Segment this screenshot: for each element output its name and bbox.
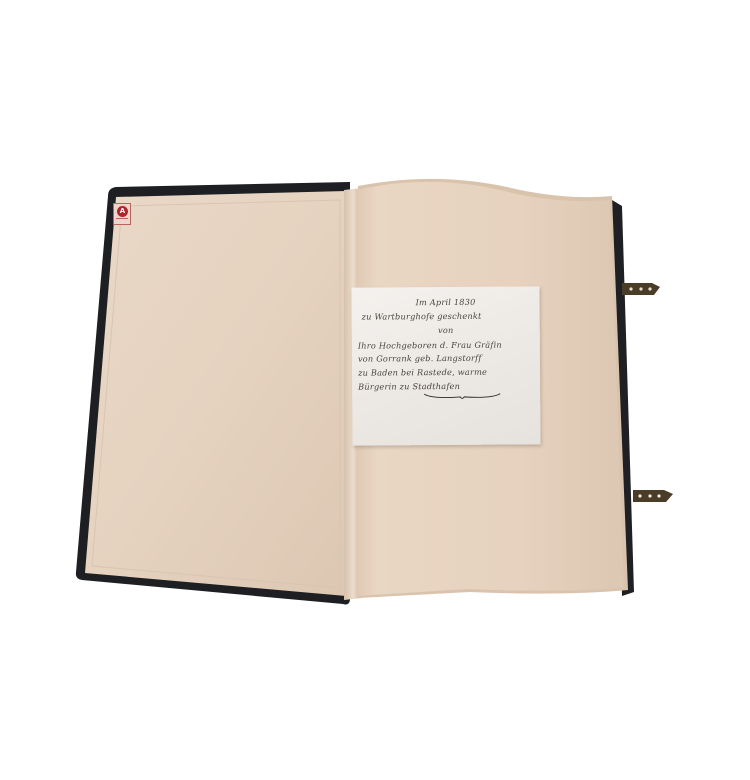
stamp-number-line bbox=[116, 218, 128, 224]
card-line: von bbox=[352, 324, 540, 335]
card-line: Im April 1830 bbox=[352, 296, 540, 307]
handwritten-card: Im April 1830 zu Wartburghofe geschenkt … bbox=[351, 286, 540, 445]
stamp-seal-icon: A bbox=[117, 206, 128, 217]
upper-clasp-icon bbox=[622, 283, 660, 295]
card-line: zu Wartburghofe geschenkt bbox=[362, 310, 550, 321]
photo-scene: A Im April 1830 zu Wartburghofe geschenk… bbox=[0, 0, 750, 780]
card-line: von Gorrank geb. Langstorff bbox=[358, 352, 546, 363]
left-endpaper bbox=[85, 191, 346, 596]
lower-clasp-icon bbox=[633, 490, 673, 502]
card-line: zu Baden bei Rastede, warme bbox=[358, 366, 546, 377]
library-stamp: A bbox=[113, 203, 131, 225]
card-line: Ihro Hochgeboren d. Frau Gräfin bbox=[358, 339, 546, 350]
card-line: Bürgerin zu Stadthafen bbox=[358, 380, 546, 391]
flourish-icon bbox=[422, 391, 502, 402]
